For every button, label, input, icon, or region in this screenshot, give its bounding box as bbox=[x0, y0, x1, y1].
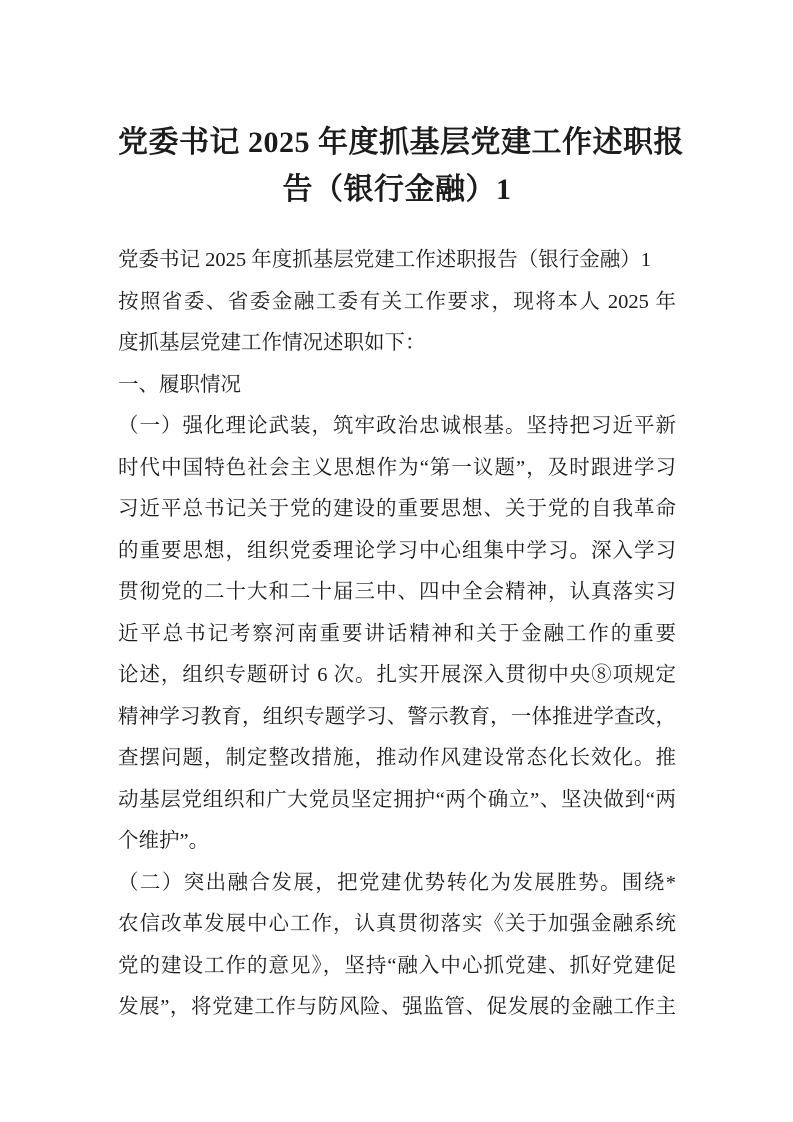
document-title: 党委书记 2025 年度抓基层党建工作述职报告（银行金融）1 bbox=[118, 119, 676, 213]
text-line: 动基层党组织和广大党员坚定拥护“两个确立”、坚决做到“两 bbox=[118, 780, 676, 822]
text-line: 一、履职情况 bbox=[118, 365, 676, 407]
text-line: 度抓基层党建工作情况述职如下： bbox=[118, 323, 676, 365]
text-line: 的重要思想，组织党委理论学习中心组集中学习。深入学习 bbox=[118, 531, 676, 573]
text-line: （一）强化理论武装，筑牢政治忠诚根基。坚持把习近平新 bbox=[118, 406, 676, 448]
text-line: 按照省委、省委金融工委有关工作要求，现将本人 2025 年 bbox=[118, 282, 676, 324]
text-line: 告（银行金融）1 bbox=[118, 166, 676, 213]
text-line: 个维护”。 bbox=[118, 821, 676, 863]
text-line: 习近平总书记关于党的建设的重要思想、关于党的自我革命 bbox=[118, 489, 676, 531]
text-line: （二）突出融合发展，把党建优势转化为发展胜势。围绕* bbox=[118, 863, 676, 905]
text-line: 发展”，将党建工作与防风险、强监管、促发展的金融工作主 bbox=[118, 987, 676, 1029]
text-line: 党的建设工作的意见》，坚持“融入中心抓党建、抓好党建促 bbox=[118, 946, 676, 988]
text-line: 党委书记 2025 年度抓基层党建工作述职报告（银行金融）1 bbox=[118, 240, 676, 282]
text-line: 查摆问题，制定整改措施，推动作风建设常态化长效化。推 bbox=[118, 738, 676, 780]
preamble-paragraph: 按照省委、省委金融工委有关工作要求，现将本人 2025 年度抓基层党建工作情况述… bbox=[118, 282, 676, 365]
text-line: 论述，组织专题研讨 6 次。扎实开展深入贯彻中央⑧项规定 bbox=[118, 655, 676, 697]
text-line: 近平总书记考察河南重要讲话精神和关于金融工作的重要 bbox=[118, 614, 676, 656]
intro-paragraph: 党委书记 2025 年度抓基层党建工作述职报告（银行金融）1 bbox=[118, 240, 676, 282]
section-1-paragraph-1: （一）强化理论武装，筑牢政治忠诚根基。坚持把习近平新时代中国特色社会主义思想作为… bbox=[118, 406, 676, 863]
section-1-paragraph-2: （二）突出融合发展，把党建优势转化为发展胜势。围绕*农信改革发展中心工作，认真贯… bbox=[118, 863, 676, 1029]
section-1-heading: 一、履职情况 bbox=[118, 365, 676, 407]
text-line: 贯彻党的二十大和二十届三中、四中全会精神，认真落实习 bbox=[118, 572, 676, 614]
text-line: 精神学习教育，组织专题学习、警示教育，一体推进学查改， bbox=[118, 697, 676, 739]
text-line: 农信改革发展中心工作，认真贯彻落实《关于加强金融系统 bbox=[118, 904, 676, 946]
text-line: 党委书记 2025 年度抓基层党建工作述职报 bbox=[118, 119, 676, 166]
document-body: 党委书记 2025 年度抓基层党建工作述职报告（银行金融）1 按照省委、省委金融… bbox=[118, 240, 676, 1029]
text-line: 时代中国特色社会主义思想作为“第一议题”，及时跟进学习 bbox=[118, 448, 676, 490]
document-page: 党委书记 2025 年度抓基层党建工作述职报告（银行金融）1 党委书记 2025… bbox=[0, 0, 793, 1122]
